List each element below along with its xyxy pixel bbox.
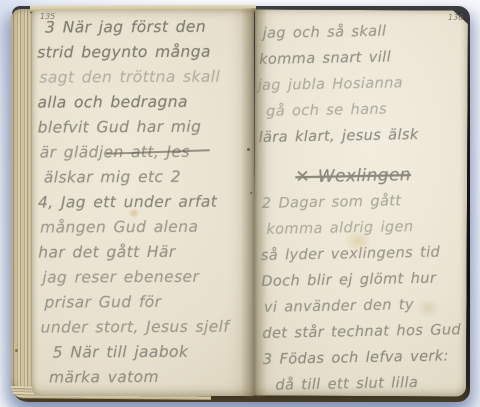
handwritten-line: blefvit Gud har mig [38, 114, 252, 140]
handwritten-line: lära klart, jesus älsk [258, 121, 464, 151]
handwritten-line: då till ett slut lilla [275, 369, 469, 399]
handwritten-line: komma snart vill [259, 43, 463, 73]
left-page-handwriting: 3 När jag först den strid begynto många … [37, 14, 253, 390]
handwritten-line: älskar mig etc 2 [44, 164, 252, 190]
handwritten-line: jag och så skall [262, 17, 462, 47]
handwritten-line: gå och se hans [266, 95, 464, 125]
paper-speck [15, 349, 18, 352]
handwritten-line: jag reser ebeneser [42, 264, 252, 290]
handwritten-line: Doch blir ej glömt hur [261, 265, 467, 295]
handwritten-line: 3 Födas och lefva verk: [263, 343, 469, 373]
diary-photo: 135 136 3 När jag först den strid begynt… [0, 0, 480, 407]
handwritten-line-crossed: ✕ Wexlingen [295, 161, 465, 190]
handwritten-line: märka vatom [49, 364, 253, 390]
handwritten-line: 4, Jag ett under arfat [38, 189, 252, 215]
handwritten-line: prisar Gud för [44, 289, 252, 315]
handwritten-line: mången Gud alena [40, 214, 252, 240]
handwritten-line: jag jubla Hosianna [257, 69, 463, 99]
open-notebook: 135 136 3 När jag först den strid begynt… [4, 2, 474, 404]
ink-speck [250, 192, 252, 194]
handwritten-line: 3 När jag först den [45, 14, 251, 40]
handwritten-line: under stort, Jesus sjelf [41, 314, 253, 340]
handwritten-line: 2 Dagar som gått [262, 187, 466, 217]
handwritten-line: det står technat hos Gud [262, 317, 468, 347]
handwritten-line: vi använder den ty [264, 291, 468, 321]
right-page-handwriting: jag och så skall komma snart vill jag ju… [256, 17, 469, 399]
handwritten-line: komma aldrig igen [266, 213, 466, 243]
handwritten-line: strid begynto många [37, 39, 251, 65]
ink-speck [247, 148, 250, 151]
handwritten-line: alla och bedragna [37, 89, 251, 115]
handwritten-line: sagt den tröttna skall [39, 64, 251, 90]
handwritten-line: har det gått Här [38, 239, 252, 265]
handwritten-line: så lyder vexlingens tid [261, 239, 467, 269]
handwritten-line: 5 När till jaabok [53, 339, 253, 365]
